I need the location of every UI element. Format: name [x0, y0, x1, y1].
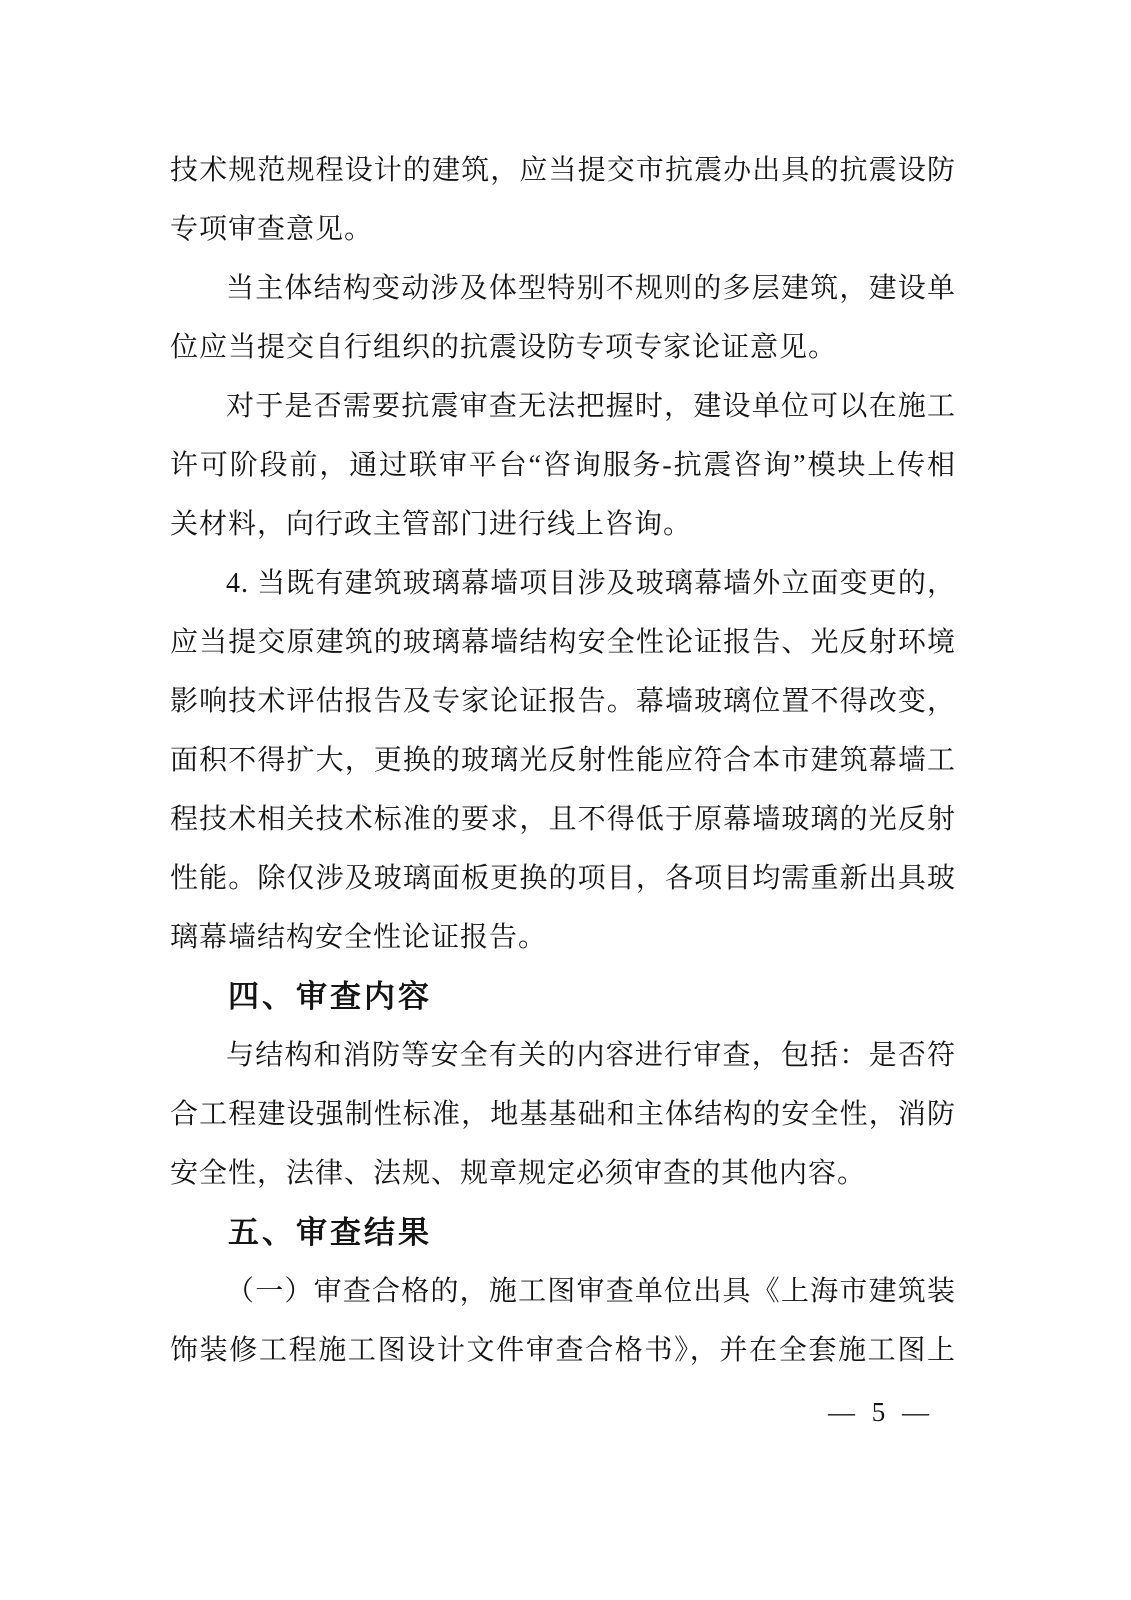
body-line: 程技术相关技术标准的要求，且不得低于原幕墙玻璃的光反射 — [170, 790, 956, 849]
body-line: 面积不得扩大，更换的玻璃光反射性能应符合本市建筑幕墙工 — [170, 731, 956, 790]
body-line: 影响技术评估报告及专家论证报告。幕墙玻璃位置不得改变， — [170, 672, 956, 731]
body-line: 4. 当既有建筑玻璃幕墙项目涉及玻璃幕墙外立面变更的， — [170, 554, 956, 613]
body-line: 对于是否需要抗震审查无法把握时，建设单位可以在施工 — [170, 377, 956, 436]
body-line: 当主体结构变动涉及体型特别不规则的多层建筑，建设单 — [170, 259, 956, 318]
body-line: 专项审查意见。 — [170, 200, 956, 259]
body-line: 合工程建设强制性标准，地基基础和主体结构的安全性，消防 — [170, 1085, 956, 1144]
document-page-body: 技术规范规程设计的建筑，应当提交市抗震办出具的抗震设防 专项审查意见。 当主体结… — [170, 141, 956, 1380]
body-line: 性能。除仅涉及玻璃面板更换的项目，各项目均需重新出具玻 — [170, 849, 956, 908]
body-line: 与结构和消防等安全有关的内容进行审查，包括：是否符 — [170, 1026, 956, 1085]
body-line: 安全性，法律、法规、规章规定必须审查的其他内容。 — [170, 1144, 956, 1203]
body-line: 技术规范规程设计的建筑，应当提交市抗震办出具的抗震设防 — [170, 141, 956, 200]
body-line: 璃幕墙结构安全性论证报告。 — [170, 908, 956, 967]
body-line: 关材料，向行政主管部门进行线上咨询。 — [170, 495, 956, 554]
body-line: （一）审查合格的，施工图审查单位出具《上海市建筑装 — [170, 1262, 956, 1321]
body-line: 应当提交原建筑的玻璃幕墙结构安全性论证报告、光反射环境 — [170, 613, 956, 672]
page-number: — 5 — — [828, 1392, 934, 1432]
section-heading-review-result: 五、审查结果 — [170, 1203, 956, 1262]
body-line: 饰装修工程施工图设计文件审查合格书》，并在全套施工图上 — [170, 1321, 956, 1380]
body-line: 位应当提交自行组织的抗震设防专项专家论证意见。 — [170, 318, 956, 377]
body-line: 许可阶段前，通过联审平台“咨询服务-抗震咨询”模块上传相 — [170, 436, 956, 495]
section-heading-review-content: 四、审查内容 — [170, 967, 956, 1026]
